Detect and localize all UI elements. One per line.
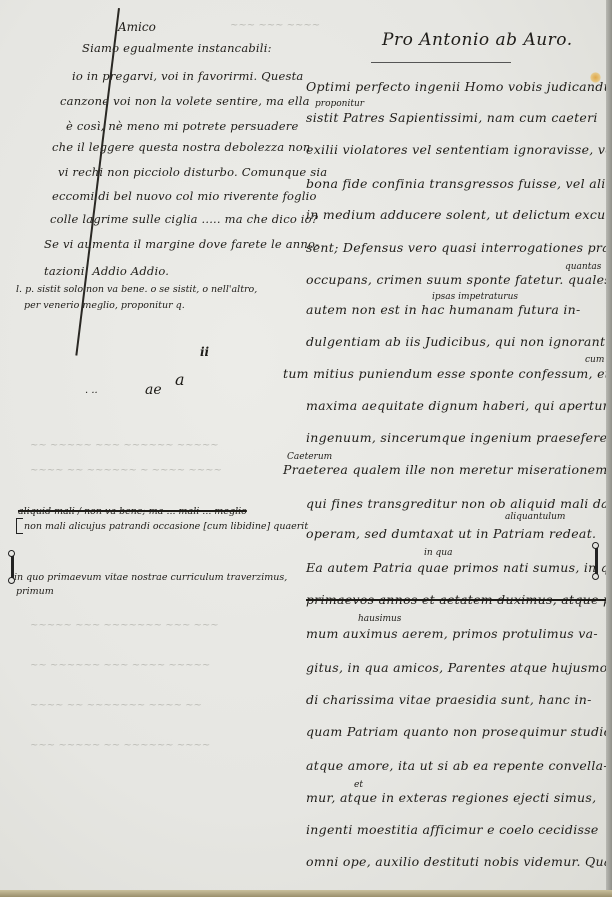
interlinear-insertion: Caeterum [287, 452, 332, 462]
pen-trial-scribble: ii [200, 345, 209, 359]
bleedthrough-text: ~~~ ~~~ ~~~~ [230, 20, 320, 31]
title-underline [371, 62, 511, 63]
manuscript-line: occupans, crimen suum sponte fatetur. qu… [306, 272, 611, 287]
manuscript-line: autem non est in hac humanam futura in- [306, 302, 581, 317]
letter-line: è così, nè meno mi potrete persuadere [66, 119, 299, 133]
margin-note-line: per venerio meglio, proponitur q. [24, 300, 185, 311]
bleedthrough-text: ~~ ~~~~~~ ~~~ ~~~~ ~~~~~ [30, 660, 210, 671]
letter-line: canzone voi non la volete sentire, ma el… [60, 94, 310, 108]
interlinear-insertion: et [354, 780, 363, 790]
bleedthrough-text: ~~~ ~~~~~ ~~ ~~~~~~ ~~~~ [30, 740, 210, 751]
pen-trial-scribble: ae [145, 382, 162, 398]
manuscript-line: quam Patriam quanto non prosequimur stud… [306, 724, 611, 739]
manuscript-line: atque amore, ita ut si ab ea repente con… [306, 758, 608, 773]
letter-line: colle lagrime sulle ciglia ..... ma che … [50, 212, 318, 226]
manuscript-line: dulgentiam ab iis Judicibus, qui non ign… [306, 334, 605, 349]
margin-note-line: l. p. sistit solo non va bene. o se sist… [16, 284, 257, 295]
letter-line: che il leggere questa nostra debolezza n… [52, 140, 310, 154]
manuscript-line: ingenti moestitia afficimur e coelo ceci… [306, 822, 599, 837]
manuscript-line: sistit Patres Sapientissimi, nam cum cae… [306, 110, 598, 125]
letter-line: tazioni. Addio Addio. [44, 264, 169, 278]
bleedthrough-text: ~~~~~ ~~~ ~~~~~~~ ~~~ ~~~ [30, 620, 219, 631]
manuscript-line: primaevos annos et aetatem duximus, atqu… [306, 592, 612, 607]
letter-line: Siamo egualmente instancabili: [82, 41, 272, 55]
manuscript-line: Praeterea qualem ille non meretur misera… [283, 462, 608, 477]
manuscript-line: exilii violatores vel sententiam ignorav… [306, 142, 612, 157]
manuscript-line: mur, atque in exteras regiones ejecti si… [306, 790, 596, 805]
letter-line: io in pregarvi, voi in favorirmi. Questa [72, 69, 303, 83]
struck-margin-line: aliquid mali / non va bene; ma ... mali … [18, 506, 247, 517]
insertion-text: non mali alicujus patrandi occasione [cu… [24, 521, 308, 532]
bleedthrough-text: ~~ ~~~~~ ~~~ ~~~~~~ ~~~~~ [30, 440, 219, 451]
manuscript-line: gitus, in qua amicos, Parentes atque huj… [306, 660, 612, 675]
manuscript-line: qui fines transgreditur non ob aliquid m… [306, 496, 612, 511]
manuscript-line: sent; Defensus vero quasi interrogatione… [306, 240, 612, 255]
manuscript-line: Optimi perfecto ingenii Homo vobis judic… [306, 79, 612, 94]
manuscript-line: maxima aequitate dignum haberi, qui aper… [306, 398, 612, 413]
manuscript-line: in medium adducere solent, ut delictum e… [306, 207, 610, 222]
bleedthrough-text: ~~~~ ~~ ~~~~~~~ ~~~~ ~~ [30, 700, 202, 711]
manuscript-page: Amico Siamo egualmente instancabili: io … [0, 0, 607, 892]
manuscript-line: operam, sed dumtaxat ut in Patriam redea… [306, 526, 596, 541]
manuscript-line: bona fide confinia transgressos fuisse, … [306, 176, 612, 191]
page-title: Pro Antonio ab Auro. [382, 30, 573, 50]
letter-line: Se vi aumenta il margine dove farete le … [44, 237, 319, 251]
pen-trial-dots: · ·· [85, 388, 98, 399]
pen-trial-scribble: a [175, 370, 185, 389]
manuscript-line: omni ope, auxilio destituti nobis videmu… [306, 854, 612, 869]
manuscript-line: Ea autem Patria quae primos nati sumus, … [306, 560, 612, 575]
letter-heading: Amico [118, 20, 156, 34]
insertion-mark-icon [595, 548, 598, 574]
manuscript-line: di charissima vitae praesidia sunt, hanc… [306, 692, 592, 707]
interlinear-insertion: in qua [424, 548, 452, 558]
insertion-bracket [16, 518, 23, 534]
interlinear-insertion: aliquantulum [505, 512, 565, 522]
interlinear-insertion: cum [585, 355, 604, 365]
interlinear-insertion: hausimus [358, 614, 401, 624]
interlinear-insertion: proponitur [315, 99, 364, 109]
insertion-text: in quo primaevum vitae nostrae curriculu… [14, 572, 287, 583]
letter-line: eccomi di bel nuovo col mio riverente fo… [52, 189, 317, 203]
page-edge-right [606, 0, 612, 897]
bleedthrough-text: ~~~~ ~~ ~~~~~~ ~ ~~~~ ~~~~ [30, 465, 222, 476]
interlinear-insertion: quantas [565, 262, 601, 272]
manuscript-line: tum mitius puniendum esse sponte confess… [283, 366, 610, 381]
manuscript-line: ingenuum, sincerumque ingenium praesefer… [306, 430, 612, 445]
interlinear-insertion: ipsas impetraturus [432, 292, 518, 302]
manuscript-line: mum auximus aerem, primos protulimus va- [306, 626, 598, 641]
page-edge-bottom [0, 890, 612, 897]
insertion-text: primum [16, 586, 54, 597]
